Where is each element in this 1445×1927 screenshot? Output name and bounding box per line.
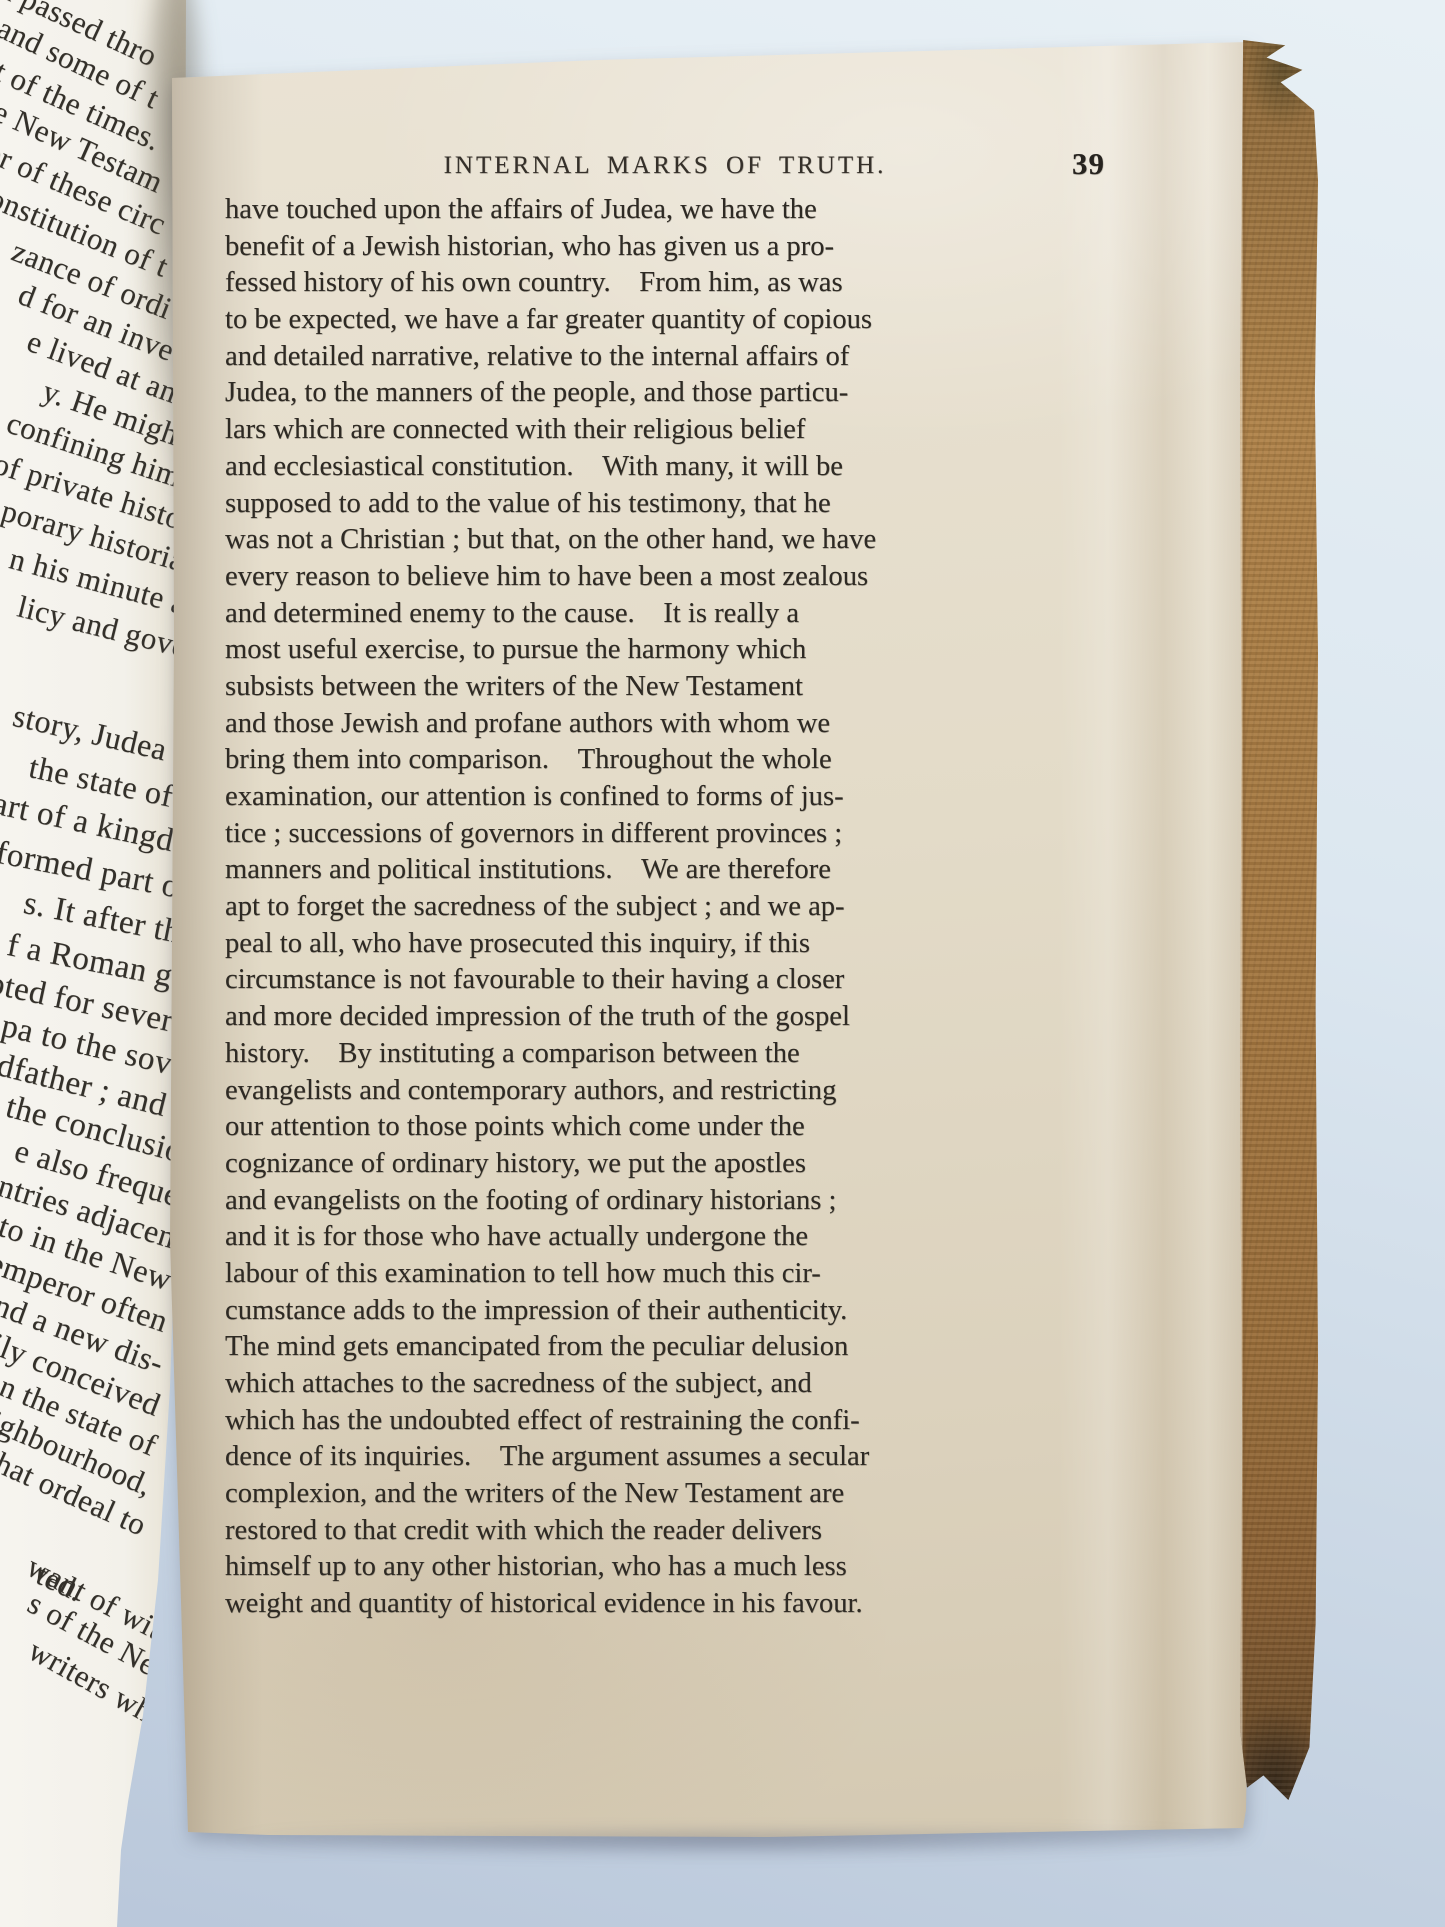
text-line: tice ; successions of governors in diffe… [225,816,1105,853]
text-line: weight and quantity of historical eviden… [225,1586,1105,1623]
text-line: subsists between the writers of the New … [225,669,1105,706]
right-page: INTERNAL MARKS OF TRUTH. 39 have touched… [168,40,1253,1837]
text-line: bring them into comparison. Throughout t… [225,742,1105,779]
text-line: apt to forget the sacredness of the subj… [225,889,1105,926]
text-line: supposed to add to the value of his test… [225,486,1105,523]
text-line: cognizance of ordinary history, we put t… [225,1146,1105,1183]
text-line: himself up to any other historian, who h… [225,1549,1105,1586]
text-line: manners and political institutions. We a… [225,852,1105,889]
page-text: have touched upon the affairs of Judea, … [225,192,1105,1623]
text-line: and it is for those who have actually un… [225,1219,1105,1256]
page-header: INTERNAL MARKS OF TRUTH. 39 [225,152,1105,192]
text-line: cumstance adds to the impression of thei… [225,1293,1105,1330]
text-line: complexion, and the writers of the New T… [225,1476,1105,1513]
text-line: and determined enemy to the cause. It is… [225,596,1105,633]
text-line: and those Jewish and profane authors wit… [225,706,1105,743]
text-line: most useful exercise, to pursue the harm… [225,632,1105,669]
text-line: dence of its inquiries. The argument ass… [225,1439,1105,1476]
text-line: lars which are connected with their reli… [225,412,1105,449]
text-line: circumstance is not favourable to their … [225,962,1105,999]
running-header: INTERNAL MARKS OF TRUTH. [444,152,887,179]
text-line: Judea, to the manners of the people, and… [225,375,1105,412]
text-line: fessed history of his own country. From … [225,265,1105,302]
text-line: to be expected, we have a far greater qu… [225,302,1105,339]
text-line: have touched upon the affairs of Judea, … [225,192,1105,229]
text-line: and more decided impression of the truth… [225,999,1105,1036]
text-line: and ecclesiastical constitution. With ma… [225,449,1105,486]
book-photo: had passed throand some of tt of the tim… [0,0,1445,1927]
text-line: The mind gets emancipated from the pecul… [225,1329,1105,1366]
text-line: which has the undoubted effect of restra… [225,1403,1105,1440]
text-line: peal to all, who have prosecuted this in… [225,926,1105,963]
text-line: every reason to believe him to have been… [225,559,1105,596]
text-line: which attaches to the sacredness of the … [225,1366,1105,1403]
text-line: history. By instituting a comparison bet… [225,1036,1105,1073]
text-line: examination, our attention is confined t… [225,779,1105,816]
text-line: our attention to those points which come… [225,1109,1105,1146]
text-line: restored to that credit with which the r… [225,1513,1105,1550]
text-line: and evangelists on the footing of ordina… [225,1183,1105,1220]
text-line: labour of this examination to tell how m… [225,1256,1105,1293]
page-number: 39 [1072,146,1105,182]
page-bottom-shadow [210,1830,1250,1860]
text-line: benefit of a Jewish historian, who has g… [225,229,1105,266]
fore-edge [1240,40,1318,1800]
text-line: evangelists and contemporary authors, an… [225,1073,1105,1110]
text-line: and detailed narrative, relative to the … [225,339,1105,376]
text-line: was not a Christian ; but that, on the o… [225,522,1105,559]
